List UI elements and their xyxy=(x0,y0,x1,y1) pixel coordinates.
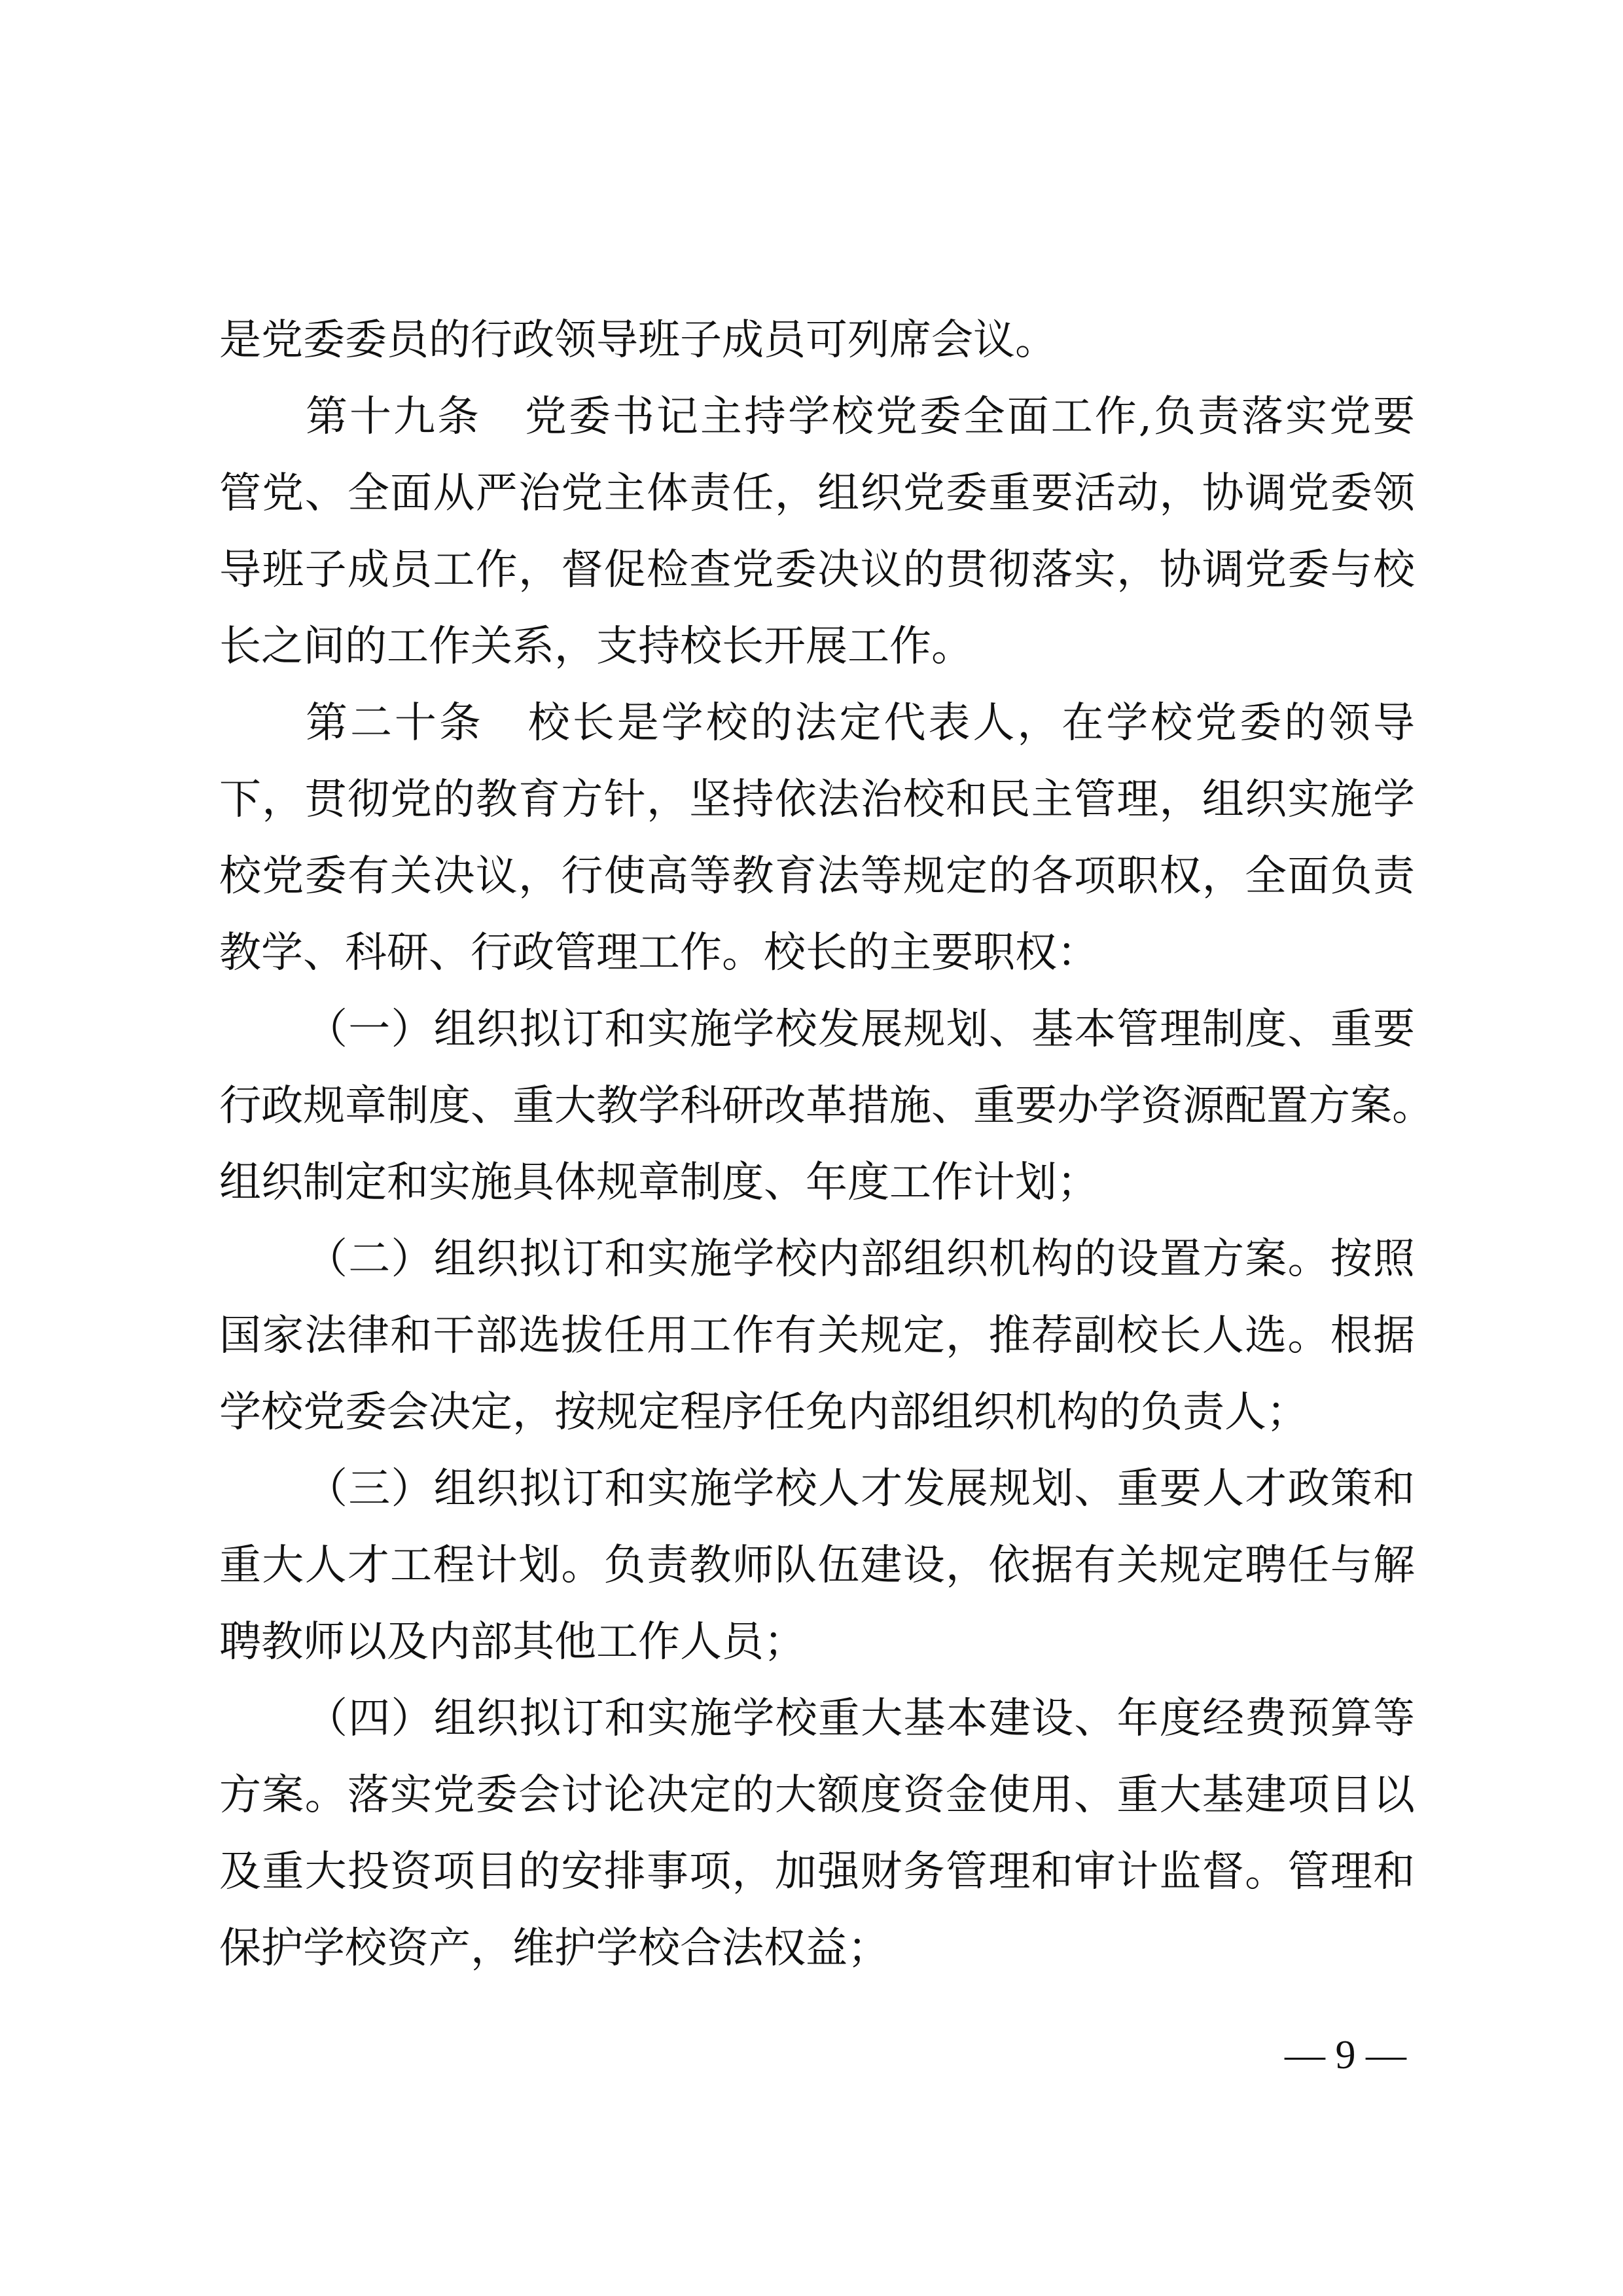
text-line: 方案。落实党委会讨论决定的大额度资金使用、重大基建项目以 xyxy=(219,1757,1415,1834)
text-line: 下，贯彻党的教育方针，坚持依法治校和民主管理，组织实施学 xyxy=(219,762,1415,838)
page-number: — 9 — xyxy=(1270,2029,1421,2081)
text-line: 国家法律和干部选拔任用工作有关规定，推荐副校长人选。根据 xyxy=(219,1298,1415,1374)
text-line: 长之间的工作关系，支持校长开展工作。 xyxy=(219,609,1415,685)
item-4-line: （四）组织拟订和实施学校重大基本建设、年度经费预算等 xyxy=(219,1681,1415,1757)
article-20-line: 第二十条 校长是学校的法定代表人，在学校党委的领导 xyxy=(219,685,1415,762)
text-line: 重大人才工程计划。负责教师队伍建设，依据有关规定聘任与解 xyxy=(219,1528,1415,1604)
text-line: 聘教师以及内部其他工作人员； xyxy=(219,1604,1415,1681)
item-2-line: （二）组织拟订和实施学校内部组织机构的设置方案。按照 xyxy=(219,1221,1415,1298)
article-19-line: 第十九条 党委书记主持学校党委全面工作,负责落实党要 xyxy=(219,379,1415,456)
document-page: 是党委委员的行政领导班子成员可列席会议。 第十九条 党委书记主持学校党委全面工作… xyxy=(0,0,1623,2296)
text-line: 及重大投资项目的安排事项，加强财务管理和审计监督。管理和 xyxy=(219,1834,1415,1910)
text-line: 是党委委员的行政领导班子成员可列席会议。 xyxy=(219,302,1415,379)
text-line: 导班子成员工作，督促检查党委决议的贯彻落实，协调党委与校 xyxy=(219,532,1415,609)
item-1-line: （一）组织拟订和实施学校发展规划、基本管理制度、重要 xyxy=(219,992,1415,1068)
document-body: 是党委委员的行政领导班子成员可列席会议。 第十九条 党委书记主持学校党委全面工作… xyxy=(219,302,1415,1987)
text-line: 学校党委会决定，按规定程序任免内部组织机构的负责人； xyxy=(219,1374,1415,1451)
text-line: 行政规章制度、重大教学科研改革措施、重要办学资源配置方案。 xyxy=(219,1068,1415,1145)
text-line: 组织制定和实施具体规章制度、年度工作计划； xyxy=(219,1145,1415,1221)
text-line: 教学、科研、行政管理工作。校长的主要职权： xyxy=(219,915,1415,992)
text-line: 保护学校资产，维护学校合法权益； xyxy=(219,1910,1415,1987)
text-line: 校党委有关决议，行使高等教育法等规定的各项职权，全面负责 xyxy=(219,838,1415,915)
item-3-line: （三）组织拟订和实施学校人才发展规划、重要人才政策和 xyxy=(219,1451,1415,1528)
text-line: 管党、全面从严治党主体责任，组织党委重要活动，协调党委领 xyxy=(219,456,1415,532)
